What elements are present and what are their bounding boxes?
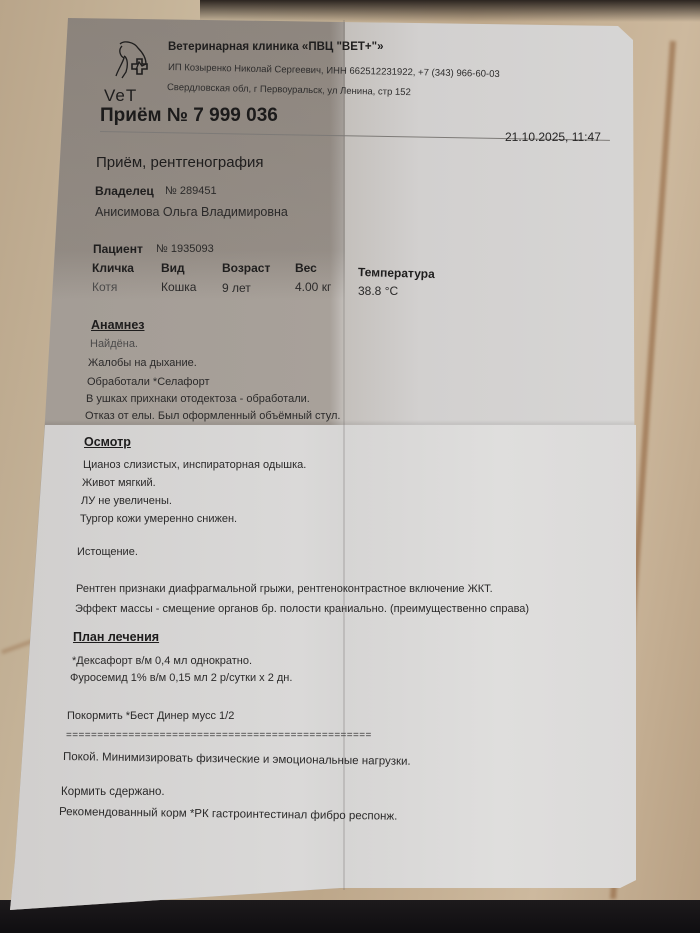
owner-name: Анисимова Ольга Владимировна xyxy=(95,205,288,219)
exam-title: Осмотр xyxy=(84,435,131,449)
anamnesis-line: Отказ от елы. Был оформленный объёмный с… xyxy=(85,410,340,422)
treatment-line: *Дексафорт в/м 0,4 мл однократно. xyxy=(72,655,252,667)
treatment-title: План лечения xyxy=(73,630,159,644)
feeding-instruction: Покормить *Бест Динер мусс 1/2 xyxy=(67,710,234,722)
logo-text: VeT xyxy=(104,86,137,106)
background-dark-area xyxy=(0,900,700,933)
appointment-datetime: 21.10.2025, 11:47 xyxy=(505,130,601,144)
diet-instruction: Кормить сдержано. xyxy=(61,786,165,798)
patient-name: Котя xyxy=(92,280,117,294)
patient-label: Пациент xyxy=(93,242,143,256)
xray-finding: Рентген признаки диафрагмальной грыжи, р… xyxy=(76,583,493,595)
patient-weight-header: Вес xyxy=(295,261,317,275)
exam-conclusion: Истощение. xyxy=(77,546,138,558)
patient-species-header: Вид xyxy=(161,261,185,275)
patient-number: № 1935093 xyxy=(156,243,214,255)
owner-label: Владелец xyxy=(95,184,154,198)
patient-name-header: Кличка xyxy=(92,261,134,275)
exam-line: Цианоз слизистых, инспираторная одышка. xyxy=(83,459,306,471)
exam-line: ЛУ не увеличены. xyxy=(81,495,172,507)
patient-temperature: 38.8 °C xyxy=(358,284,398,298)
anamnesis-title: Анамнез xyxy=(91,318,145,332)
patient-species: Кошка xyxy=(161,280,196,294)
owner-number: № 289451 xyxy=(165,185,217,197)
patient-temperature-header: Температура xyxy=(358,265,435,281)
anamnesis-line: Обработали *Селафорт xyxy=(87,376,210,388)
xray-finding: Эффект массы - смещение органов бр. поло… xyxy=(75,603,529,615)
treatment-line: Фуросемид 1% в/м 0,15 мл 2 р/сутки х 2 д… xyxy=(70,672,292,684)
exam-line: Тургор кожи умеренно снижен. xyxy=(80,513,237,525)
anamnesis-line: Жалобы на дыхание. xyxy=(88,357,197,369)
anamnesis-line: Найдёна. xyxy=(90,338,138,350)
patient-weight: 4.00 кг xyxy=(295,280,331,294)
background-shadow xyxy=(200,0,700,22)
clinic-name: Ветеринарная клиника «ПВЦ "ВЕТ+"» xyxy=(168,41,384,53)
patient-age-header: Возраст xyxy=(222,261,270,275)
appointment-type: Приём, рентгенография xyxy=(96,154,263,171)
exam-line: Живот мягкий. xyxy=(82,477,156,489)
anamnesis-line: В ушках прихнаки отодектоза - обработали… xyxy=(86,393,310,405)
separator-line: ========================================… xyxy=(66,730,372,741)
appointment-title: Приём № 7 999 036 xyxy=(100,105,278,127)
patient-age: 9 лет xyxy=(222,281,251,295)
